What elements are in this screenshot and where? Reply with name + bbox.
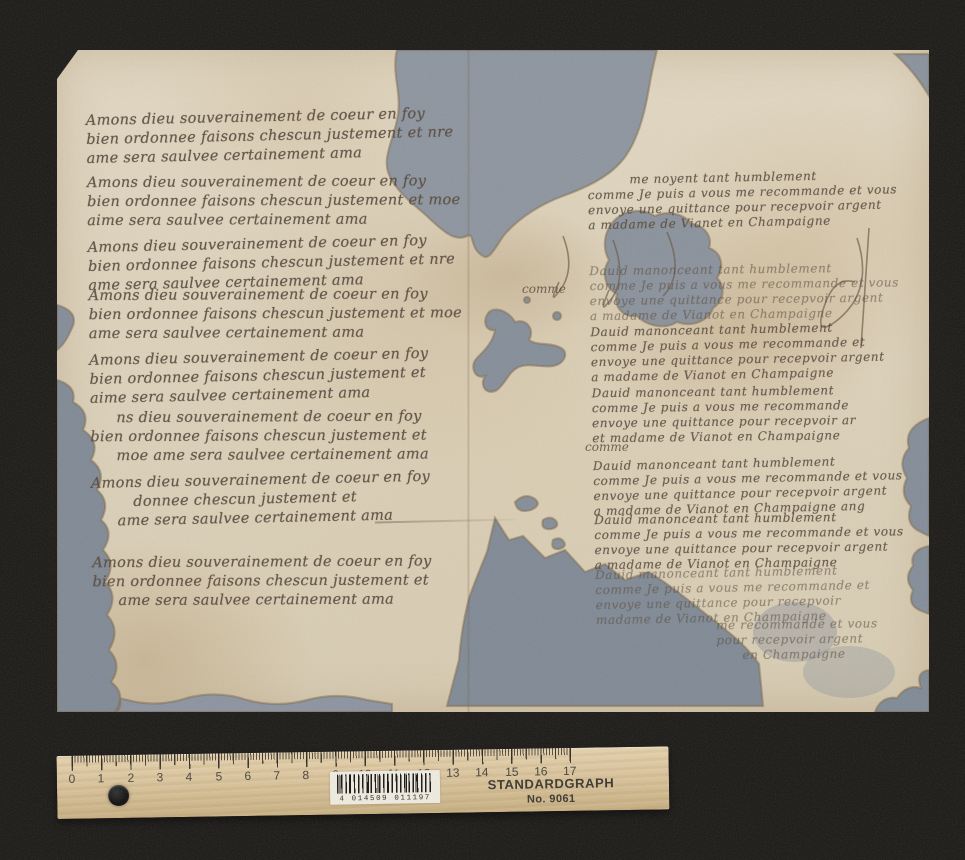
handwritten-line: bien ordonnee faisons chescun justement …	[90, 426, 429, 447]
ruler-brand: STANDARDGRAPH	[485, 775, 617, 792]
ruler-brand-block: STANDARDGRAPH No. 9061	[485, 775, 617, 806]
damage-area-right-edge-2	[908, 546, 929, 614]
damage-area-right-edge-1	[902, 418, 929, 536]
damage-area-center-squiggle	[473, 310, 565, 392]
ruler-number: 7	[273, 768, 280, 782]
manuscript-page: Amons dieu souverainement de coeur en fo…	[57, 50, 929, 712]
practice-paragraph: Amons dieu souverainement de coeur en fo…	[87, 172, 461, 231]
ruler-number: 6	[244, 769, 251, 783]
fragmentary-lines: me recommande et vous pour recepvoir arg…	[716, 616, 878, 663]
handwritten-line: ns dieu souverainement de coeur en foy	[90, 407, 429, 428]
practice-paragraph: Amons dieu souverainement de coeur en fo…	[92, 552, 432, 611]
damage-spot	[553, 312, 561, 320]
ruler-hanging-hole	[108, 785, 129, 806]
ruler-number: 3	[156, 770, 163, 784]
practice-paragraph: me noyent tant humblement comme Je puis …	[587, 167, 897, 233]
handwritten-line: et madame de Vianot en Champaigne	[592, 428, 856, 446]
practice-paragraph: Dauid manonceant tant humblement comme J…	[589, 260, 899, 324]
handwritten-line: ame sera saulvee certainement ama	[89, 323, 462, 344]
practice-paragraph: ns dieu souverainement de coeur en foy b…	[90, 407, 429, 466]
handwritten-line: Amons dieu souverainement de coeur en fo…	[87, 172, 460, 193]
handwritten-line: Amons dieu souverainement de coeur en fo…	[89, 285, 462, 306]
vertical-fold-crease	[467, 50, 470, 712]
barcode-digits: 4 014509 011197	[330, 794, 440, 804]
stray-word: comme	[522, 282, 566, 296]
handwritten-line: bien ordonnee faisons chescun justement …	[89, 304, 462, 325]
stray-word: comme	[585, 440, 629, 454]
handwritten-line: Amons dieu souverainement de coeur en fo…	[92, 552, 431, 573]
ruler-number: 0	[68, 772, 75, 786]
practice-paragraph: Dauid manonceant tant humblement comme J…	[590, 320, 885, 386]
wooden-ruler: 0 1 2 3 4 5 6 7 8 9 10 11 12 13 14 15 16…	[57, 746, 670, 819]
ruler-model: No. 9061	[485, 792, 617, 806]
ruler-number: 1	[97, 771, 104, 785]
ruler-number: 13	[446, 766, 460, 780]
barcode-icon	[337, 773, 433, 794]
damage-notch-left	[57, 305, 74, 350]
practice-paragraph: Amons dieu souverainement de coeur en fo…	[89, 285, 463, 344]
handwritten-line: aime sera saulvee certainement ama	[87, 210, 460, 231]
damage-dash	[515, 496, 538, 511]
damage-dash	[552, 538, 565, 549]
barcode-label: 4 014509 011197	[330, 770, 441, 805]
ruler-number: 2	[127, 771, 134, 785]
practice-paragraph: Amons dieu souverainement de coeur en fo…	[89, 345, 429, 409]
practice-paragraph: Amons dieu souverainement de coeur en fo…	[86, 104, 454, 169]
handwritten-line: en Champaigne	[716, 646, 878, 663]
handwritten-line: moe ame sera saulvee certainement ama	[90, 445, 429, 466]
damage-spot	[524, 297, 530, 303]
practice-paragraph: Amons dieu souverainement de coeur en fo…	[91, 468, 431, 532]
handwritten-line: ame sera saulvee certainement ama	[92, 590, 431, 611]
handwritten-line: bien ordonnee faisons chescun justement …	[92, 571, 431, 592]
ruler-number: 8	[302, 768, 309, 782]
damage-dash	[542, 518, 557, 529]
ruler-number: 5	[215, 769, 222, 783]
ruler-number: 4	[185, 770, 192, 784]
practice-paragraph: Dauid manonceant tant humblement comme J…	[592, 383, 857, 446]
damage-area-top-right-corner	[895, 54, 929, 96]
handwritten-line: bien ordonnee faisons chescun justement …	[87, 191, 460, 212]
